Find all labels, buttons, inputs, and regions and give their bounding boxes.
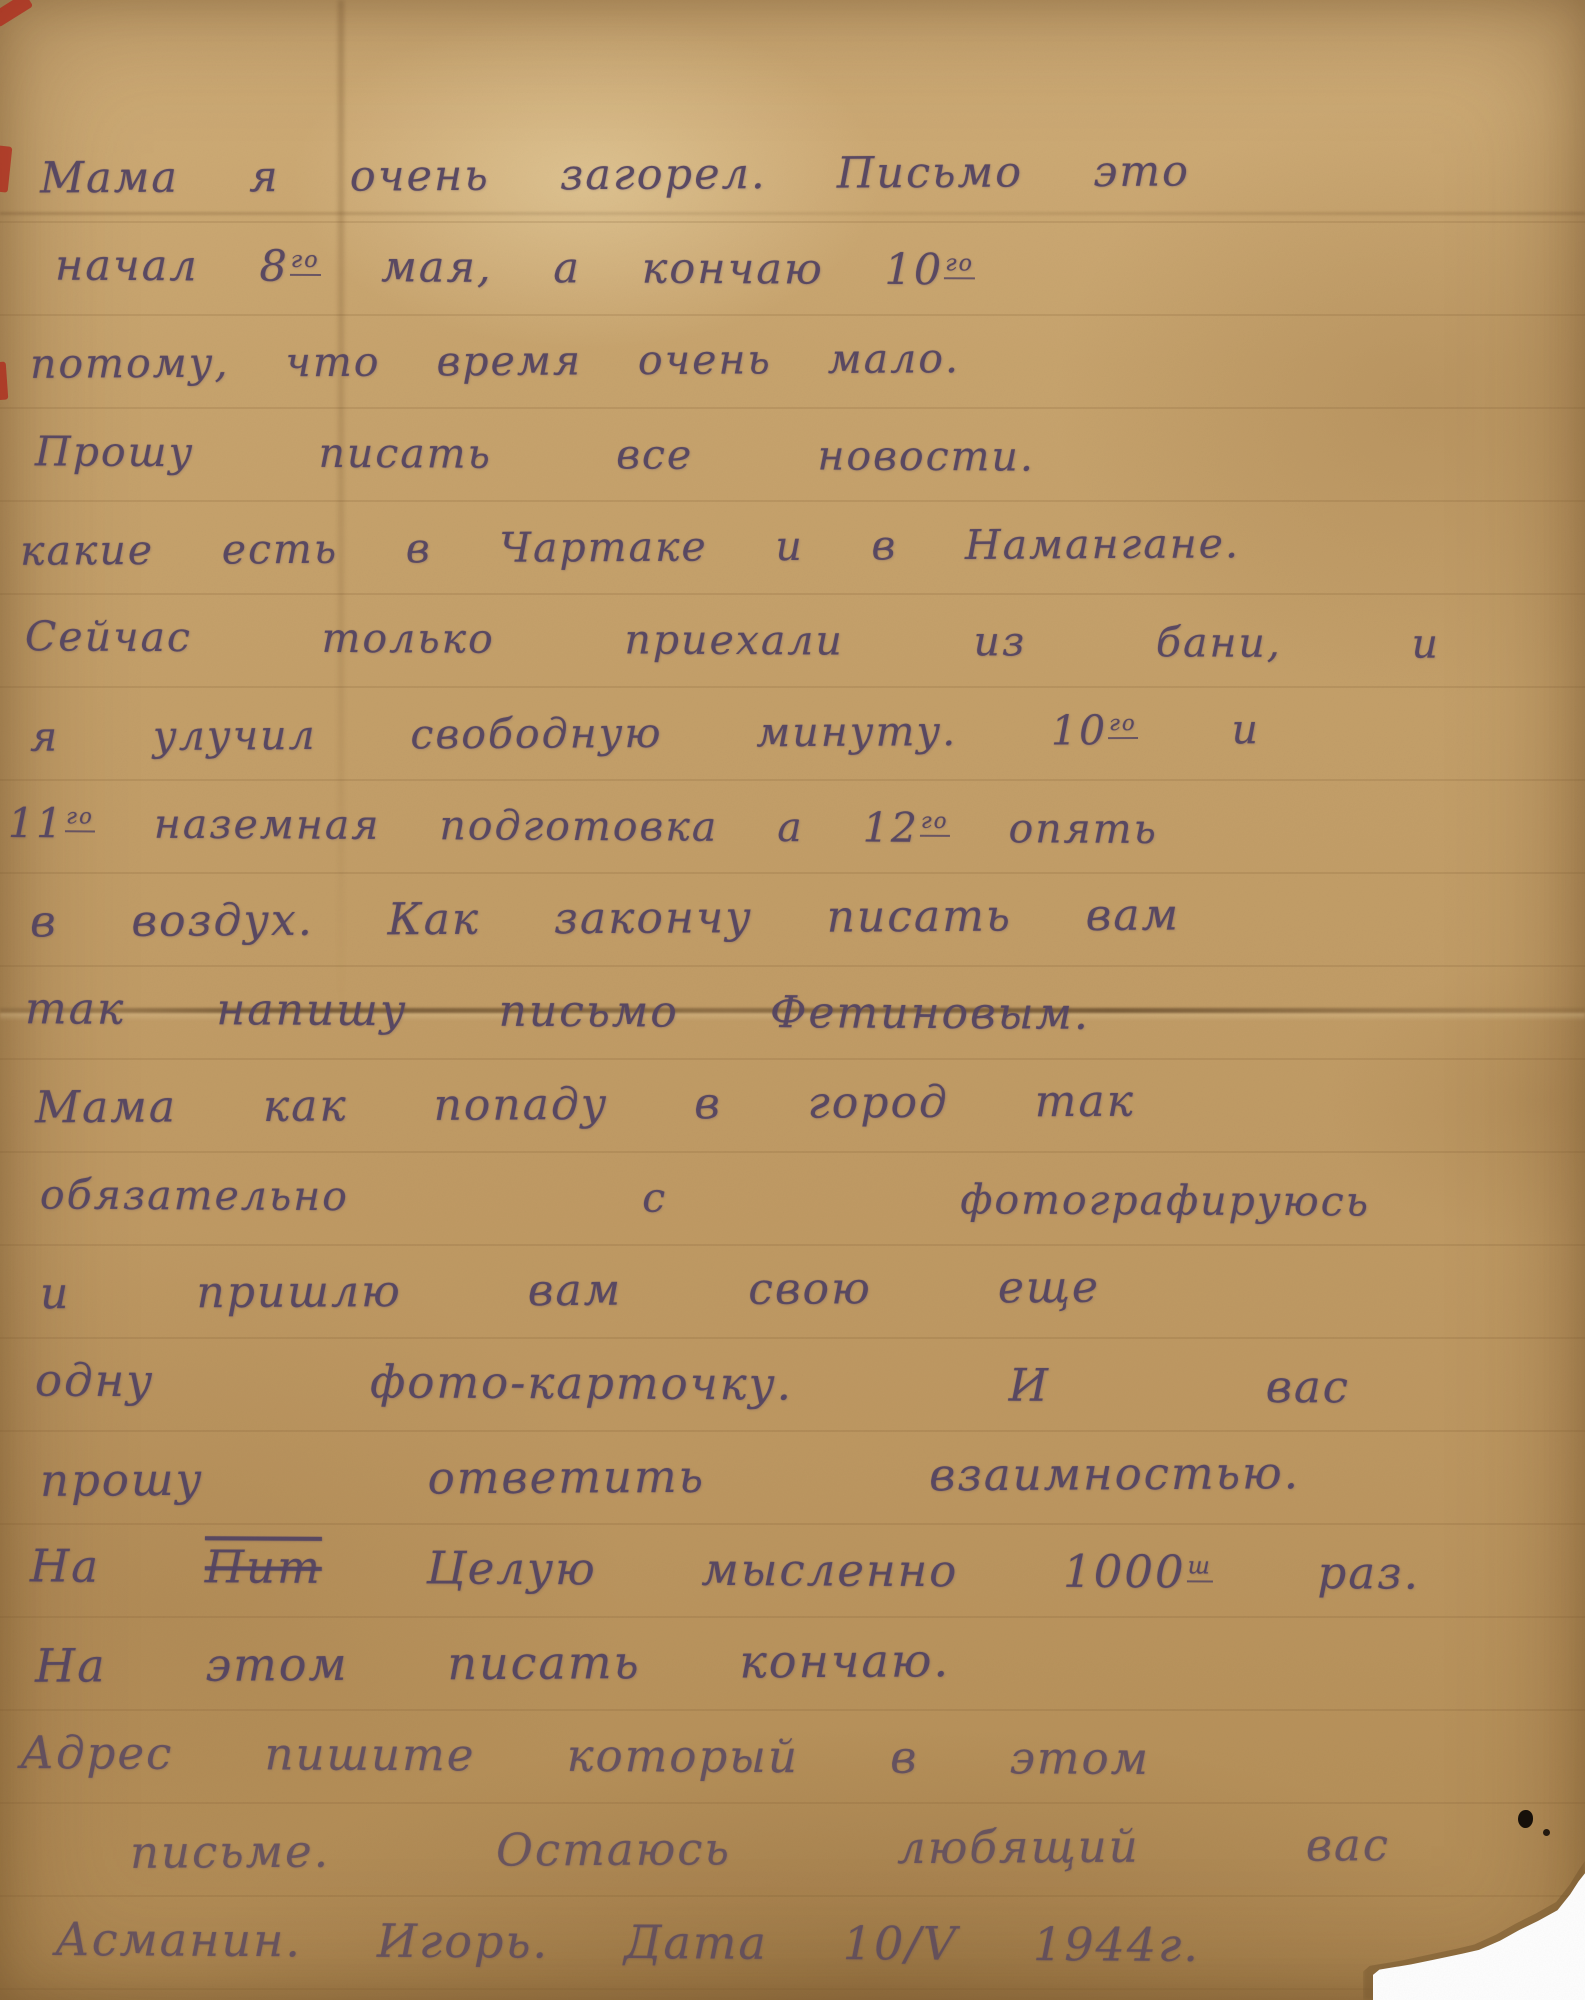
crossed-out-word: Пит — [205, 1540, 322, 1594]
letter-line: НаПитЦелуюмысленно1000шраз. — [30, 1519, 1420, 1619]
letter-lines: Мамаяоченьзагорел.Письмоэтоначал8гомая,а… — [0, 128, 1585, 1988]
word: прошу — [40, 1453, 204, 1507]
word: вас — [1266, 1360, 1351, 1413]
word: фотографируюсь — [960, 1175, 1370, 1225]
word: 11го — [8, 798, 95, 846]
ordinal-superscript: го — [1108, 710, 1138, 738]
word: этом — [1010, 1731, 1151, 1785]
word: это — [1093, 146, 1190, 197]
word: только — [322, 613, 495, 662]
word: обязательно — [40, 1170, 349, 1220]
word: кончаю — [642, 243, 824, 294]
word: новости. — [817, 431, 1035, 480]
letter-line: письме.Остаюсьлюбящийвас — [130, 1798, 1391, 1899]
letter-line: ипришлювамсвоюеще — [40, 1241, 1101, 1340]
word: попаду — [433, 1079, 608, 1131]
word: Целую — [426, 1541, 597, 1595]
word: любящий — [897, 1820, 1140, 1874]
word: 10го — [1051, 705, 1138, 754]
word: еще — [998, 1262, 1100, 1314]
word: опять — [1008, 804, 1158, 853]
word: Сейчас — [25, 612, 192, 661]
word: и — [775, 521, 804, 569]
letter-line: потому,чтовремяоченьмало. — [30, 311, 961, 410]
word: Письмо — [837, 147, 1024, 198]
letter-line: начал8гомая,акончаю10го — [55, 219, 975, 317]
word: есть — [222, 524, 339, 573]
letter-line: яулучилсвободнуюминуту.10гои — [30, 682, 1261, 783]
word: который — [567, 1729, 799, 1783]
word: загорел. — [560, 149, 767, 200]
word: свою — [748, 1263, 872, 1315]
word: письме. — [130, 1825, 330, 1879]
word: все — [616, 430, 693, 478]
word: мало. — [828, 334, 961, 383]
word: 10го — [884, 244, 975, 294]
word: наземная — [154, 799, 381, 848]
word: пишите — [264, 1727, 475, 1781]
word: время — [436, 336, 582, 385]
word: Мама — [40, 152, 179, 203]
word: так — [25, 983, 126, 1035]
word: писать — [447, 1635, 640, 1690]
word: вас — [1306, 1818, 1391, 1872]
letter-line: Наэтомписатькончаю. — [35, 1613, 951, 1712]
word: подготовка — [439, 801, 718, 850]
letter-line: Прошуписатьвсеновости. — [35, 404, 1035, 502]
word: раз. — [1317, 1546, 1420, 1600]
word: одну — [35, 1354, 155, 1408]
ordinal-superscript: го — [290, 246, 321, 275]
word: На — [35, 1638, 107, 1692]
word: ответить — [427, 1450, 705, 1505]
ordinal-superscript: ш — [1187, 1551, 1213, 1582]
letter-line: ввоздух.Какзакончуписатьвам — [30, 868, 1181, 968]
word: 8го — [259, 241, 320, 291]
word: как — [263, 1080, 348, 1132]
word: Прошу — [35, 427, 195, 476]
word: письмо — [498, 986, 679, 1038]
word: я — [30, 712, 59, 760]
word: свободную — [410, 708, 662, 758]
letter-line: Мамаяоченьзагорел.Письмоэто — [40, 124, 1191, 224]
letter-page: Мамаяоченьзагорел.Письмоэтоначал8гомая,а… — [0, 0, 1585, 2000]
word: так — [1035, 1076, 1136, 1128]
letter-line: обязательносфотографируюсь — [40, 1148, 1370, 1248]
word: закончу — [554, 892, 753, 944]
word: мая, — [381, 242, 493, 293]
word: Игорь. — [377, 1913, 549, 1968]
word: город — [807, 1077, 949, 1129]
ordinal-superscript: го — [944, 250, 975, 279]
word: Как — [387, 894, 480, 946]
word: пришлю — [196, 1266, 402, 1318]
word: с — [642, 1173, 667, 1221]
word: бани, — [1156, 618, 1282, 667]
red-edge-mark — [0, 0, 33, 27]
word: в — [890, 1731, 918, 1784]
word: очень — [638, 335, 772, 384]
word: Мама — [35, 1081, 177, 1133]
word: и — [1411, 619, 1440, 667]
letter-line: такнапишуписьмоФетиновым. — [25, 962, 1090, 1061]
word: кончаю. — [739, 1633, 950, 1688]
ordinal-superscript: го — [65, 804, 95, 832]
word: из — [973, 617, 1026, 665]
paper-speck — [1543, 1829, 1550, 1836]
word: и — [40, 1268, 71, 1319]
word: в — [694, 1078, 722, 1129]
word: Асманин. — [55, 1912, 302, 1967]
word: воздух. — [131, 895, 314, 947]
word: На — [30, 1539, 100, 1592]
word: 12го — [863, 803, 950, 851]
letter-line: прошуответитьвзаимностью. — [40, 1426, 1301, 1527]
letter-line: 11гоназемнаяподготовкаа12гоопять — [8, 776, 1158, 875]
letter-line: Асманин.Игорь.Дата10/V1944г. — [55, 1892, 1200, 1991]
letter-line: Мамакакпопадувгородтак — [35, 1055, 1136, 1155]
word: 1000ш — [1063, 1545, 1213, 1599]
letter-line: Адреспишитекоторыйвэтом — [20, 1706, 1150, 1805]
word: очень — [350, 150, 490, 201]
word: Адрес — [20, 1726, 174, 1780]
word: Намангане. — [965, 519, 1240, 569]
word: напишу — [216, 984, 407, 1036]
word: улучил — [153, 711, 317, 760]
word: приехали — [624, 615, 844, 664]
paper-hole — [1518, 1810, 1533, 1828]
word: Чартаке — [499, 522, 708, 571]
word: фото-карточку. — [370, 1355, 793, 1410]
word: что — [285, 337, 380, 386]
word: а — [553, 243, 581, 293]
word: этом — [205, 1636, 349, 1691]
letter-line: Сейчастолькоприехалиизбани,и — [25, 589, 1440, 689]
word: минуту. — [756, 707, 957, 756]
word: взаимностью. — [929, 1446, 1300, 1501]
word: в — [871, 521, 897, 569]
word: Остаюсь — [496, 1822, 731, 1876]
word: вам — [1085, 889, 1180, 941]
word: И — [1009, 1359, 1051, 1412]
word: начал — [55, 240, 199, 291]
word: потому, — [30, 338, 230, 387]
word: в — [406, 524, 432, 572]
word: писать — [318, 428, 492, 477]
word: Дата — [624, 1914, 768, 1969]
letter-line: какиеестьвЧартакеивНамангане. — [20, 496, 1241, 596]
word: вам — [528, 1265, 623, 1317]
word: я — [249, 152, 280, 202]
letter-line: однуфото-карточку.Ивас — [35, 1334, 1350, 1434]
ordinal-superscript: го — [920, 808, 950, 836]
word: писать — [826, 891, 1012, 943]
word: и — [1231, 705, 1260, 753]
word: какие — [20, 525, 154, 574]
word: Фетиновым. — [770, 987, 1090, 1040]
word: в — [30, 896, 58, 947]
word: 1944г. — [1033, 1917, 1200, 1972]
word: а — [777, 803, 804, 851]
word: 10/V — [843, 1916, 959, 1971]
word: мысленно — [701, 1543, 958, 1597]
